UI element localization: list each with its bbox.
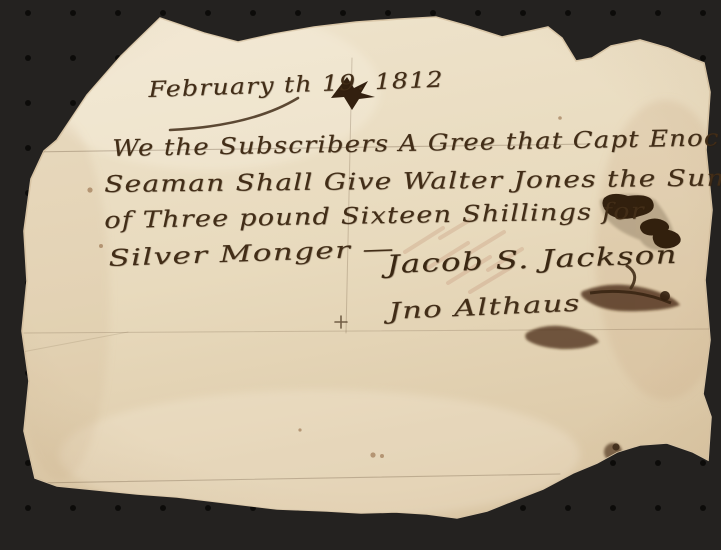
document-photo-art bbox=[0, 0, 721, 550]
paper-vignette bbox=[22, 17, 712, 518]
photograph-of-handwritten-note: February th 19. 1812 We the Subscribers … bbox=[0, 0, 721, 550]
